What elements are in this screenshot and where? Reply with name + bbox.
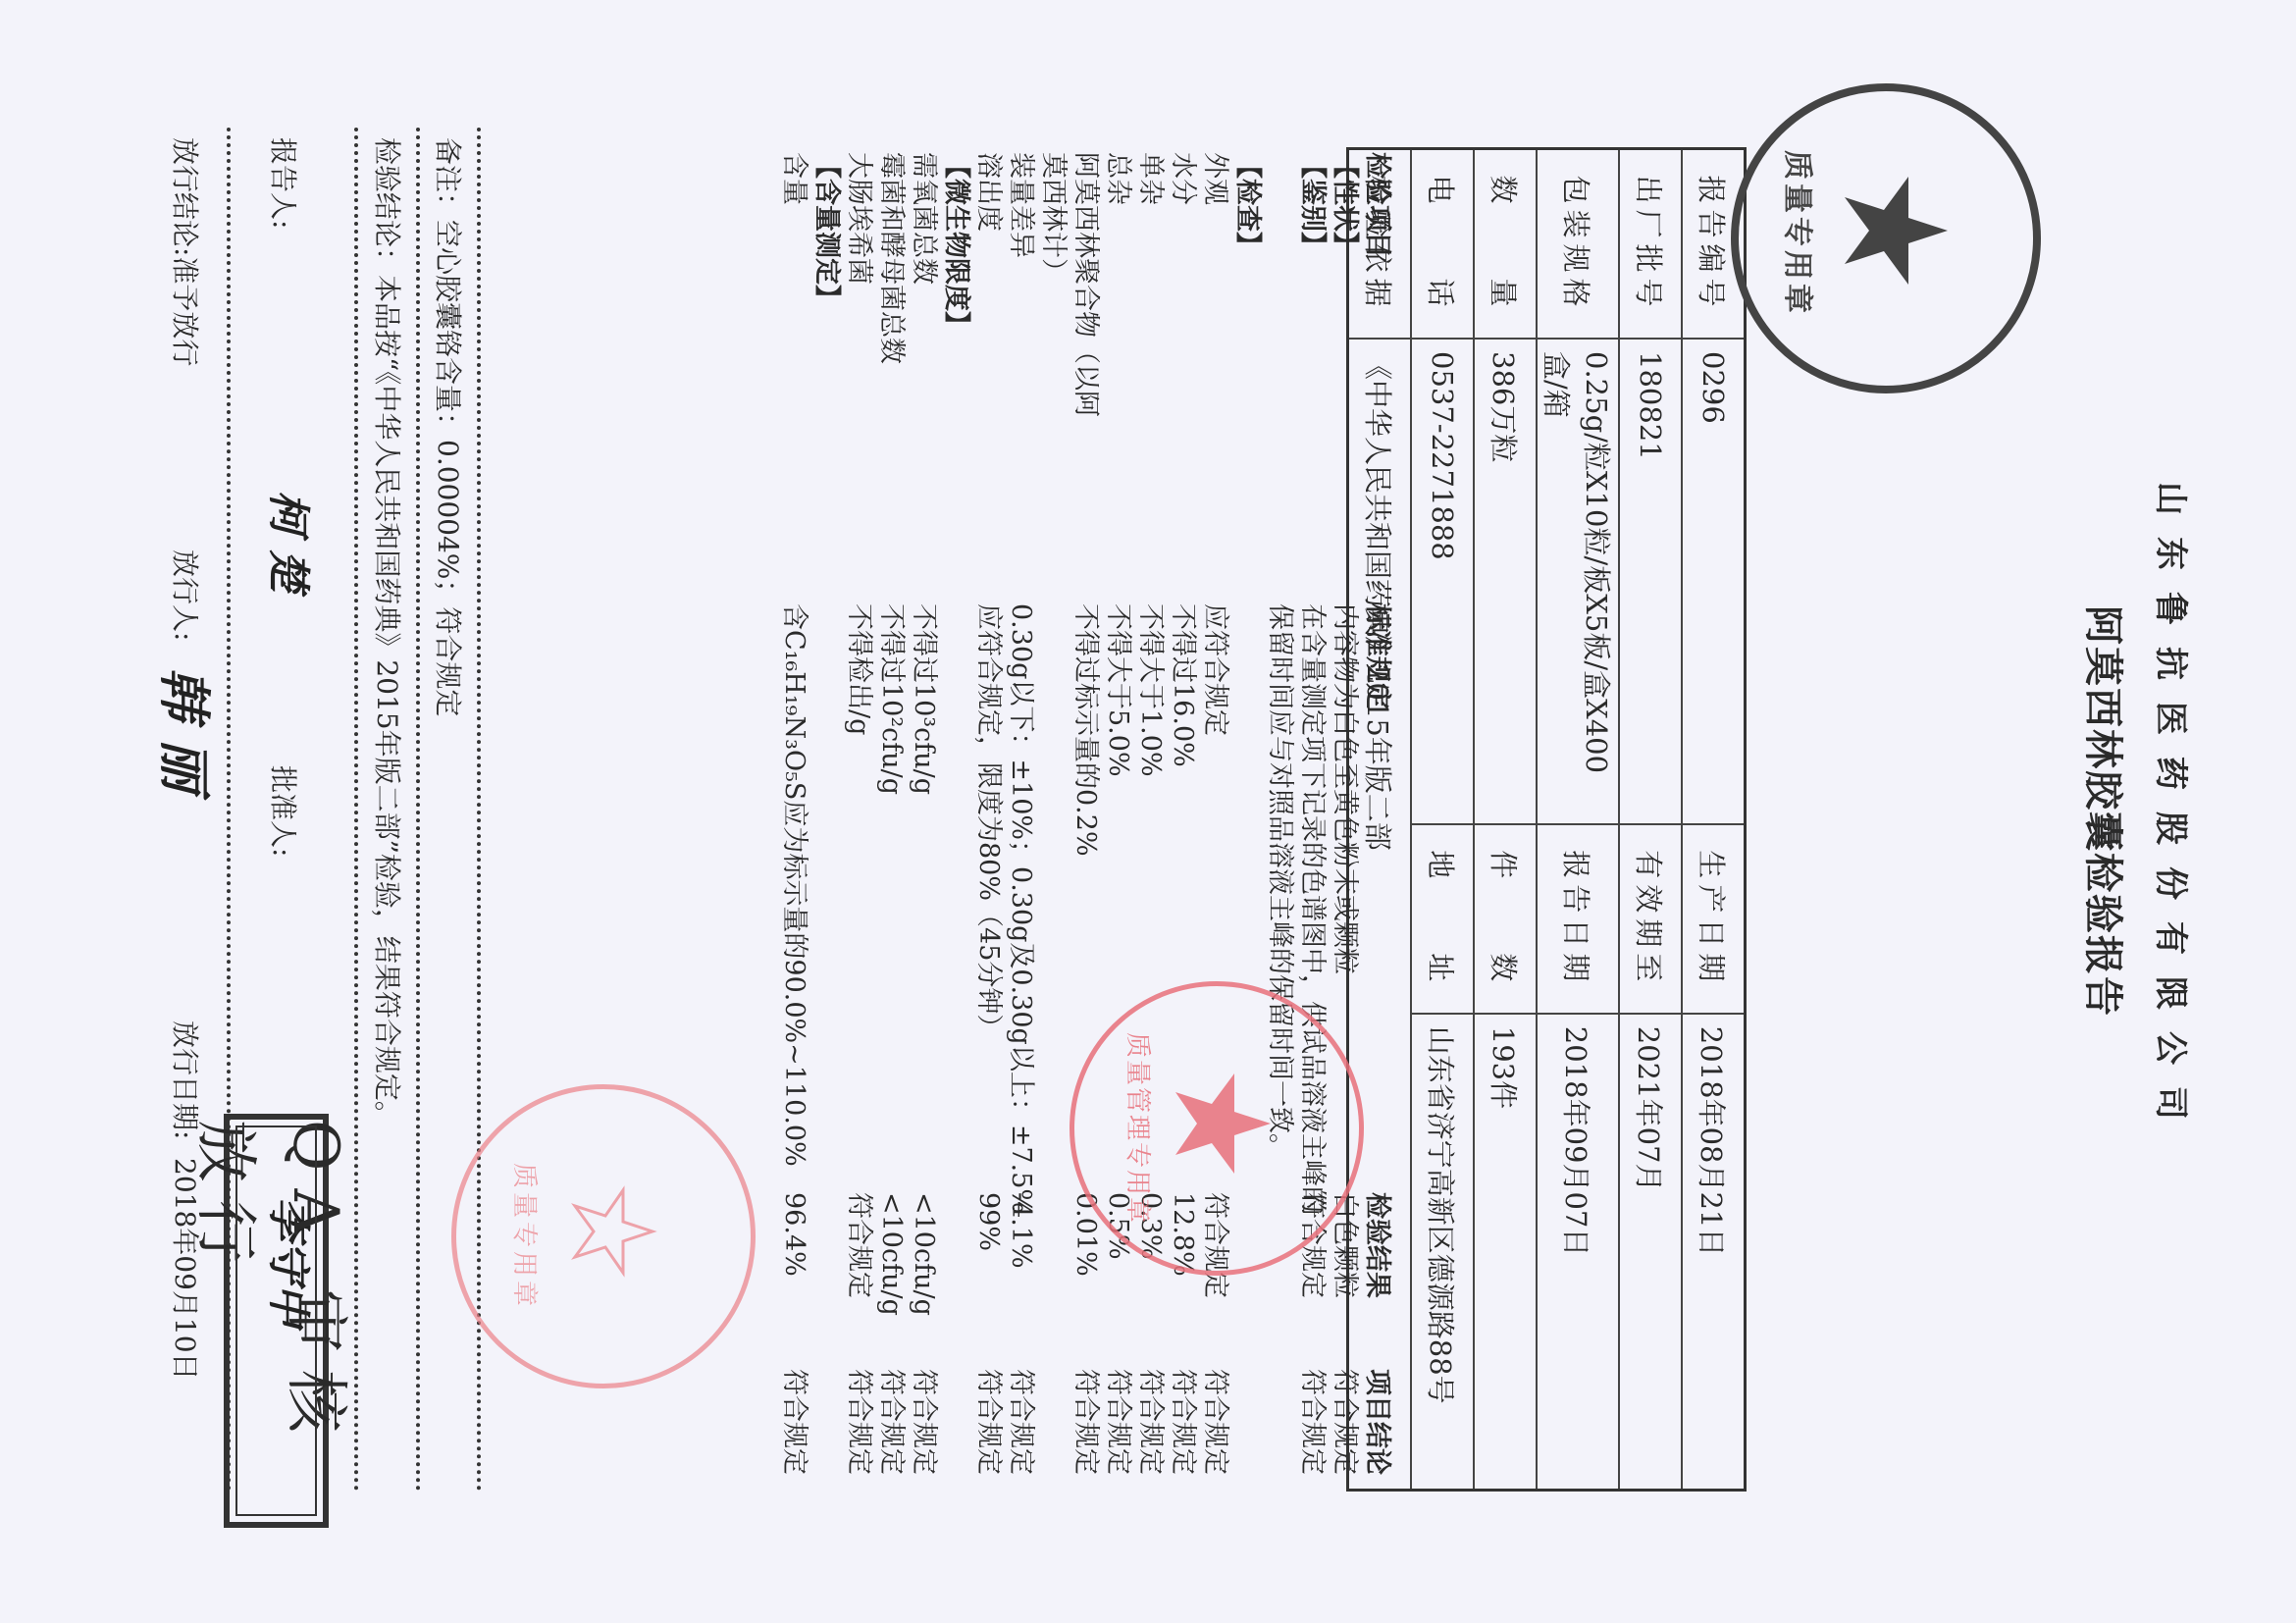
test-item: 外观 <box>1199 152 1231 205</box>
test-item: 单杂 <box>1134 152 1167 205</box>
test-result: 99% <box>972 1192 1005 1251</box>
test-item: 总杂 <box>1102 152 1134 205</box>
test-row: 需氧菌总数不得过10³cfu/g<10cfu/g符合规定 <box>908 152 940 1506</box>
test-conclusion: 符合规定 <box>875 1369 908 1475</box>
test-row: 溶出度应符合规定，限度为80%（45分钟）99%符合规定 <box>972 152 1005 1506</box>
test-row: 阿莫西林聚合物（以阿不得过标示量的0.2%0.01%符合规定 <box>1070 152 1102 1506</box>
releaser-label: 放行人: <box>167 550 206 641</box>
info-label: 电 话 <box>1411 149 1474 340</box>
test-standard: 不得过标示量的0.2% <box>1070 603 1102 857</box>
test-conclusion: 符合规定 <box>778 1369 810 1475</box>
test-item: 装量差异 <box>1005 152 1037 258</box>
test-result: -4.1% <box>1005 1192 1037 1269</box>
info-row: 包装规格0.25g/粒X10粒/板X5板/盒X400盒/箱报告日期2018年09… <box>1537 149 1619 1491</box>
test-conclusion: 符合规定 <box>1070 1369 1102 1475</box>
approver-label: 批准人: <box>265 765 304 857</box>
info-value2: 2018年08月21日 <box>1682 1014 1746 1491</box>
test-conclusion: 符合规定 <box>1102 1369 1134 1475</box>
test-row: 水分不得过16.0%12.8%符合规定 <box>1167 152 1199 1506</box>
info-value: 0296 <box>1682 339 1746 824</box>
company-seal-stamp: 质量专用章 <box>1731 83 2041 393</box>
company-seal-label: 质量专用章 <box>1779 131 1822 337</box>
red-seal-2-label: 质量专用章 <box>508 1128 545 1344</box>
test-results: 检验项目 标准规定 检验结果 项目结论 【性状】内容物为白色至黄色粉末或颗粒白色… <box>778 152 1393 1506</box>
test-item: 需氧菌总数 <box>908 152 940 285</box>
test-item: 水分 <box>1167 152 1199 205</box>
test-standard: 0.30g以下：±10%；0.30g及0.30g以上：±7.5% <box>1005 603 1037 1214</box>
test-item: 【鉴别】 <box>1296 152 1329 258</box>
test-item: 阿莫西林聚合物（以阿 <box>1070 152 1102 417</box>
info-value: 180821 <box>1619 339 1682 824</box>
releaser-signature: 韩 丽 <box>150 667 226 792</box>
info-table: 报告编号0296生产日期2018年08月21日出厂批号180821有效期至202… <box>1346 147 1747 1492</box>
red-seal-stamp-2: 质量专用章 <box>451 1084 756 1388</box>
test-item: 含量 <box>778 152 810 205</box>
test-header-row: 检验项目 标准规定 检验结果 项目结论 <box>1361 152 1393 1506</box>
test-standard: 应符合规定，限度为80%（45分钟） <box>972 603 1005 1040</box>
header-item: 检验项目 <box>1361 152 1393 258</box>
test-standard: 内容物为白色至黄色粉末或颗粒 <box>1329 603 1361 974</box>
test-conclusion: 符合规定 <box>972 1369 1005 1475</box>
test-result: 符合规定 <box>843 1192 875 1298</box>
test-conclusion: 符合规定 <box>1134 1369 1167 1475</box>
reporter-signature: 柯 楚 <box>261 491 324 592</box>
test-standard: 不得过10²cfu/g <box>875 603 908 795</box>
test-standard: 不得大于1.0% <box>1134 603 1167 777</box>
test-row: 莫西林计） <box>1037 152 1070 1506</box>
test-standard: 含C₁₆H₁₉N₃O₅S应为标示量的90.0%~110.0% <box>778 603 810 1167</box>
report-page: 山东鲁抗医药股份有限公司 阿莫西林胶囊检验报告 报告编号0296生产日期2018… <box>0 0 2296 1623</box>
test-row: 【鉴别】在含量测定项下记录的色谱图中，供试品溶液主峰的符合规定符合规定 <box>1296 152 1329 1506</box>
test-row: 保留时间应与对照品溶液主峰的保留时间一致。 <box>1264 152 1296 1506</box>
info-label2: 有效期至 <box>1619 824 1682 1014</box>
info-label2: 生产日期 <box>1682 824 1746 1014</box>
info-value: 0537-2271888 <box>1411 339 1474 824</box>
info-value2: 2021年07月 <box>1619 1014 1682 1491</box>
info-label: 数 量 <box>1474 149 1537 340</box>
test-standard: 不得检出/g <box>843 603 875 735</box>
test-conclusion: 符合规定 <box>1005 1369 1037 1475</box>
red-seal-stamp: 质量管理专用章 <box>1070 981 1364 1276</box>
test-row: 外观应符合规定符合规定符合规定 <box>1199 152 1231 1506</box>
test-standard: 不得过16.0% <box>1167 603 1199 767</box>
report-title: 阿莫西林胶囊检验报告 <box>2078 0 2134 1623</box>
test-item: 大肠埃希菌 <box>843 152 875 285</box>
test-row: 【含量测定】 <box>810 152 843 1506</box>
test-row: 【性状】内容物为白色至黄色粉末或颗粒白色颗粒符合规定 <box>1329 152 1361 1506</box>
info-label: 出厂批号 <box>1619 149 1682 340</box>
test-item: 【含量测定】 <box>810 152 843 311</box>
info-row: 电 话0537-2271888地 址山东省济宁高新区德源路88号 <box>1411 149 1474 1491</box>
test-row: 霉菌和酵母菌总数不得过10²cfu/g<10cfu/g符合规定 <box>875 152 908 1506</box>
info-value: 0.25g/粒X10粒/板X5板/盒X400盒/箱 <box>1537 339 1619 824</box>
reporter-label: 报告人: <box>265 137 304 229</box>
test-item: 【性状】 <box>1329 152 1361 258</box>
info-row: 报告编号0296生产日期2018年08月21日 <box>1682 149 1746 1491</box>
info-label2: 件 数 <box>1474 824 1537 1014</box>
test-item: 霉菌和酵母菌总数 <box>875 152 908 364</box>
test-conclusion: 符合规定 <box>1167 1369 1199 1475</box>
info-label: 包装规格 <box>1537 149 1619 340</box>
test-row: 单杂不得大于1.0%0.3%符合规定 <box>1134 152 1167 1506</box>
test-standard: 不得过10³cfu/g <box>908 603 940 795</box>
test-row: 含量含C₁₆H₁₉N₃O₅S应为标示量的90.0%~110.0%96.4%符合规… <box>778 152 810 1506</box>
info-label2: 地 址 <box>1411 824 1474 1014</box>
test-item: 【微生物限度】 <box>940 152 972 338</box>
test-conclusion: 符合规定 <box>843 1369 875 1475</box>
test-conclusion: 符合规定 <box>1329 1369 1361 1475</box>
test-row: 【微生物限度】 <box>940 152 972 1506</box>
test-conclusion: 符合规定 <box>1199 1369 1231 1475</box>
remark: 备注：空心胶囊铬含量：0.00004%；符合规定 <box>430 137 469 716</box>
test-row: 大肠埃希菌不得检出/g符合规定符合规定 <box>843 152 875 1506</box>
test-conclusion: 符合规定 <box>908 1369 940 1475</box>
test-row: 【检查】 <box>1231 152 1264 1506</box>
test-item: 莫西林计） <box>1037 152 1070 285</box>
test-row: 总杂不得大于5.0%0.5%符合规定 <box>1102 152 1134 1506</box>
inspection-conclusion: 检验结论：本品按“《中华人民共和国药典》2015年版二部”检验，结果符合规定。 <box>369 137 408 1128</box>
test-standard: 应符合规定 <box>1199 603 1231 736</box>
divider <box>416 128 420 1492</box>
info-value2: 2018年09月07日 <box>1537 1014 1619 1491</box>
red-seal-label: 质量管理专用章 <box>1122 1016 1158 1241</box>
info-value2: 193件 <box>1474 1014 1537 1491</box>
test-standard: 不得大于5.0% <box>1102 603 1134 777</box>
test-result: <10cfu/g <box>875 1192 908 1316</box>
test-result: 96.4% <box>778 1192 810 1277</box>
info-value2: 山东省济宁高新区德源路88号 <box>1411 1014 1474 1491</box>
header-result: 检验结果 <box>1361 1192 1393 1298</box>
company-name: 山东鲁抗医药股份有限公司 <box>2150 0 2198 1623</box>
info-value: 386万粒 <box>1474 339 1537 824</box>
star-icon <box>461 1084 756 1379</box>
test-row: 装量差异0.30g以下：±10%；0.30g及0.30g以上：±7.5%-4.1… <box>1005 152 1037 1506</box>
header-standard: 标准规定 <box>1361 603 1393 709</box>
test-item: 【检查】 <box>1231 152 1264 258</box>
info-row: 出厂批号180821有效期至2021年07月 <box>1619 149 1682 1491</box>
test-conclusion: 符合规定 <box>1296 1369 1329 1475</box>
info-label2: 报告日期 <box>1537 824 1619 1014</box>
test-item: 溶出度 <box>972 152 1005 232</box>
header-conclusion: 项目结论 <box>1361 1369 1393 1475</box>
test-result: <10cfu/g <box>908 1192 940 1316</box>
release-conclusion: 放行结论:准予放行 <box>167 137 206 366</box>
info-row: 数 量386万粒件 数193件 <box>1474 149 1537 1491</box>
qa-approval-stamp: QA 审核放行 <box>224 1114 329 1528</box>
